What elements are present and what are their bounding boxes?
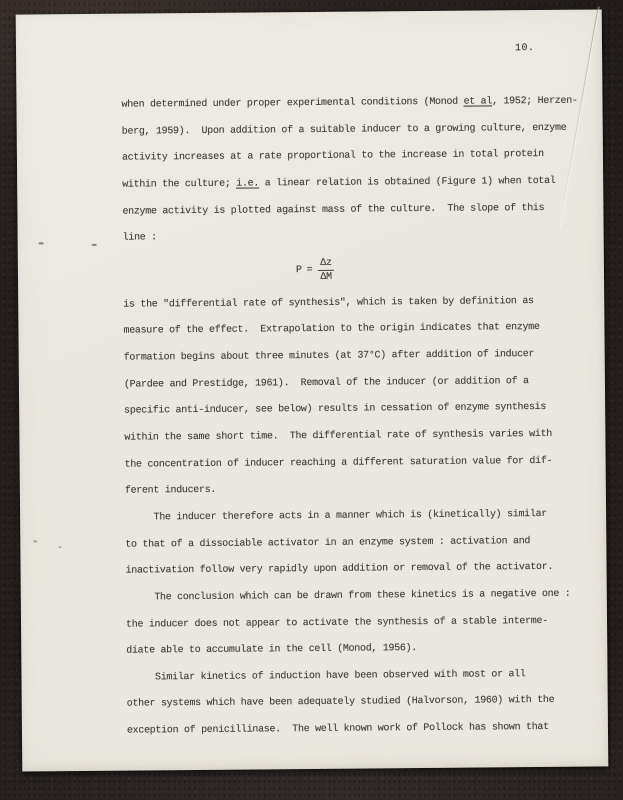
photo-mat-background: 10. when determined under proper experim… xyxy=(0,0,623,800)
text-line: The inducer therefore acts in a manner w… xyxy=(125,502,581,533)
text-line: other systems which have been adequately… xyxy=(127,688,583,719)
formula-lhs: P xyxy=(296,265,302,276)
text-line: inactivation follow very rapidly upon ad… xyxy=(125,555,581,586)
text-segment: when determined under proper experimenta… xyxy=(121,97,463,111)
text-line: enzyme activity is plotted against mass … xyxy=(122,195,578,226)
text-segment: formation begins about three minutes (at… xyxy=(124,349,535,364)
text-segment: is the "differential rate of synthesis",… xyxy=(123,296,534,311)
text-line: exception of penicillinase. The well kno… xyxy=(127,715,583,746)
text-line: measure of the effect. Extrapolation to … xyxy=(123,315,579,346)
text-segment: berg, 1959). Upon addition of a suitable… xyxy=(122,122,567,137)
formula-denominator: ΔM xyxy=(318,271,334,284)
text-line: line : xyxy=(123,222,579,253)
text-line: is the "differential rate of synthesis",… xyxy=(123,289,579,320)
text-segment: to that of a dissociable activator in an… xyxy=(125,536,530,551)
formula-numerator: Δz xyxy=(318,257,334,271)
formula-fraction: Δz ΔM xyxy=(318,257,334,284)
text-segment: the concentration of inducer reaching a … xyxy=(125,456,553,471)
text-segment: , 1952; Herzen- xyxy=(492,96,578,108)
text-line: activity increases at a rate proportiona… xyxy=(122,142,578,173)
text-line: to that of a dissociable activator in an… xyxy=(125,528,581,559)
page-number: 10. xyxy=(515,43,535,54)
pencil-mark xyxy=(92,244,97,246)
text-line: formation begins about three minutes (at… xyxy=(124,342,580,373)
pencil-mark xyxy=(33,540,37,542)
pencil-mark xyxy=(58,546,61,548)
formula-equals-sign: = xyxy=(307,265,313,276)
text-line: The conclusion which can be drawn from t… xyxy=(126,582,582,613)
text-segment: the inducer does not appear to activate … xyxy=(126,615,548,630)
formula: P = Δz ΔM xyxy=(123,249,579,293)
text-segment: within the culture; xyxy=(122,179,236,191)
text-line: diate able to accumulate in the cell (Mo… xyxy=(126,635,582,666)
text-segment: activity increases at a rate proportiona… xyxy=(122,149,544,164)
text-segment: The inducer therefore acts in a manner w… xyxy=(125,509,547,524)
text-segment: line : xyxy=(123,233,157,244)
text-segment: enzyme activity is plotted against mass … xyxy=(122,203,544,218)
text-line: the concentration of inducer reaching a … xyxy=(125,448,581,479)
text-line: specific anti-inducer, see below) result… xyxy=(124,395,580,426)
text-line: the inducer does not appear to activate … xyxy=(126,608,582,639)
text-line: berg, 1959). Upon addition of a suitable… xyxy=(122,115,578,146)
underlined-text: et al xyxy=(464,96,493,107)
body-text: when determined under proper experimenta… xyxy=(121,89,583,746)
text-line: Similar kinetics of induction have been … xyxy=(126,661,582,692)
text-segment: Similar kinetics of induction have been … xyxy=(126,669,525,683)
text-segment: specific anti-inducer, see below) result… xyxy=(124,402,546,417)
pencil-mark xyxy=(39,242,44,244)
text-segment: ferent inducers. xyxy=(125,485,216,497)
text-segment: inactivation follow very rapidly upon ad… xyxy=(126,562,554,577)
text-line: (Pardee and Prestidge, 1961). Removal of… xyxy=(124,368,580,399)
text-segment: measure of the effect. Extrapolation to … xyxy=(123,322,539,337)
text-segment: a linear relation is obtained (Figure 1)… xyxy=(259,176,556,190)
text-segment: exception of penicillinase. The well kno… xyxy=(127,722,549,737)
document-page: 10. when determined under proper experim… xyxy=(16,9,609,771)
text-segment: (Pardee and Prestidge, 1961). Removal of… xyxy=(124,376,529,391)
text-line: when determined under proper experimenta… xyxy=(121,89,577,120)
underlined-text: i.e. xyxy=(236,178,259,189)
text-line: ferent inducers. xyxy=(125,475,581,506)
text-segment: other systems which have been adequately… xyxy=(127,695,555,710)
text-line: within the same short time. The differen… xyxy=(124,422,580,453)
text-segment: within the same short time. The differen… xyxy=(124,429,552,444)
text-segment: diate able to accumulate in the cell (Mo… xyxy=(126,643,417,657)
text-line: within the culture; i.e. a linear relati… xyxy=(122,169,578,200)
text-segment: The conclusion which can be drawn from t… xyxy=(126,589,571,604)
